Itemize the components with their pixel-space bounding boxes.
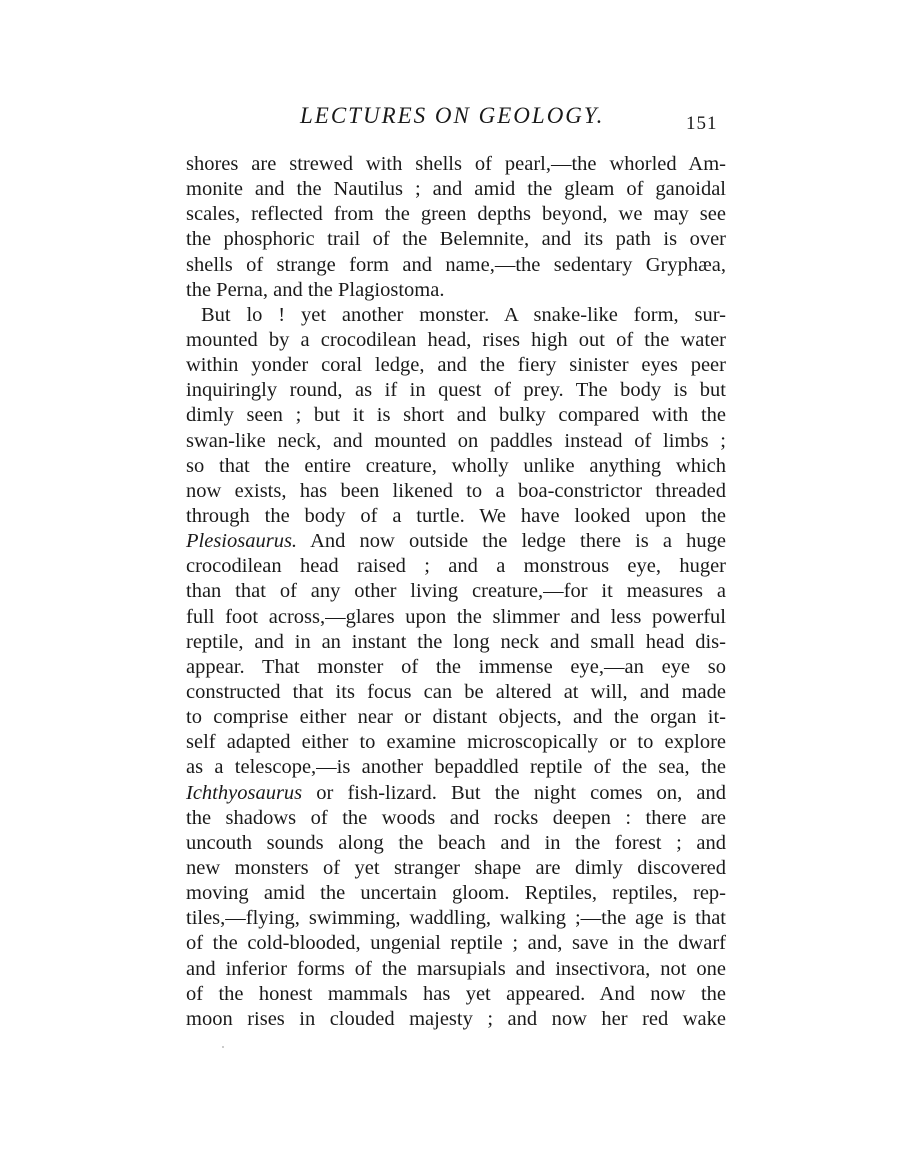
text-line: self adapted either to examine microscop… xyxy=(186,730,726,755)
text-line: through the body of a turtle. We have lo… xyxy=(186,504,726,529)
text-line: appear. That monster of the immense eye,… xyxy=(186,655,726,680)
italic-term-ichthyosaurus: Ichthyosaurus xyxy=(186,782,302,804)
text-line: the shadows of the woods and rocks deepe… xyxy=(186,806,726,831)
text-line: the phosphoric trail of the Belemnite, a… xyxy=(186,227,726,252)
text-line-rest: or fish-lizard. But the night comes on, … xyxy=(302,782,726,804)
text-line: shores are strewed with shells of pearl,… xyxy=(186,152,726,177)
text-line-with-italic: Plesiosaurus. And now outside the ledge … xyxy=(186,529,726,554)
text-line: shells of strange form and name,—the sed… xyxy=(186,253,726,278)
book-page: LECTURES ON GEOLOGY. 151 shores are stre… xyxy=(0,0,900,1150)
text-line: constructed that its focus can be altere… xyxy=(186,680,726,705)
text-line: tiles,—flying, swimming, waddling, walki… xyxy=(186,906,726,931)
text-line: But lo ! yet another monster. A snake-li… xyxy=(186,303,726,328)
text-line: as a telescope,—is another bepaddled rep… xyxy=(186,755,726,780)
text-line: so that the entire creature, wholly unli… xyxy=(186,454,726,479)
text-line-rest: And now outside the ledge there is a hug… xyxy=(297,530,726,552)
text-line: moving amid the uncertain gloom. Reptile… xyxy=(186,881,726,906)
page-number: 151 xyxy=(686,113,718,135)
text-line: new monsters of yet stranger shape are d… xyxy=(186,856,726,881)
text-line: of the cold-blooded, ungenial reptile ; … xyxy=(186,931,726,956)
italic-term-plesiosaurus: Plesiosaurus. xyxy=(186,530,297,552)
text-line: mounted by a crocodilean head, rises hig… xyxy=(186,328,726,353)
text-line: moon rises in clouded majesty ; and now … xyxy=(186,1007,726,1032)
paragraph-2: But lo ! yet another monster. A snake-li… xyxy=(186,303,726,1032)
text-line: within yonder coral ledge, and the fiery… xyxy=(186,353,726,378)
text-line: now exists, has been likened to a boa-co… xyxy=(186,479,726,504)
body-text: shores are strewed with shells of pearl,… xyxy=(186,152,726,1032)
text-line-with-italic: Ichthyosaurus or fish-lizard. But the ni… xyxy=(186,781,726,806)
text-line: swan-like neck, and mounted on paddles i… xyxy=(186,429,726,454)
text-line: inquiringly round, as if in quest of pre… xyxy=(186,378,726,403)
text-line: scales, reflected from the green depths … xyxy=(186,202,726,227)
text-line: monite and the Nautilus ; and amid the g… xyxy=(186,177,726,202)
text-line: the Perna, and the Plagiostoma. xyxy=(186,278,726,303)
text-line: uncouth sounds along the beach and in th… xyxy=(186,831,726,856)
text-line: full foot across,—glares upon the slimme… xyxy=(186,605,726,630)
text-line: to comprise either near or distant objec… xyxy=(186,705,726,730)
text-line: reptile, and in an instant the long neck… xyxy=(186,630,726,655)
paragraph-1: shores are strewed with shells of pearl,… xyxy=(186,152,726,303)
paper-speck xyxy=(222,1046,224,1048)
running-head-title: LECTURES ON GEOLOGY. xyxy=(300,103,604,129)
text-line: of the honest mammals has yet appeared. … xyxy=(186,982,726,1007)
text-line: and inferior forms of the marsupials and… xyxy=(186,957,726,982)
text-line: crocodilean head raised ; and a monstrou… xyxy=(186,554,726,579)
text-line: than that of any other living creature,—… xyxy=(186,579,726,604)
text-line: dimly seen ; but it is short and bulky c… xyxy=(186,403,726,428)
